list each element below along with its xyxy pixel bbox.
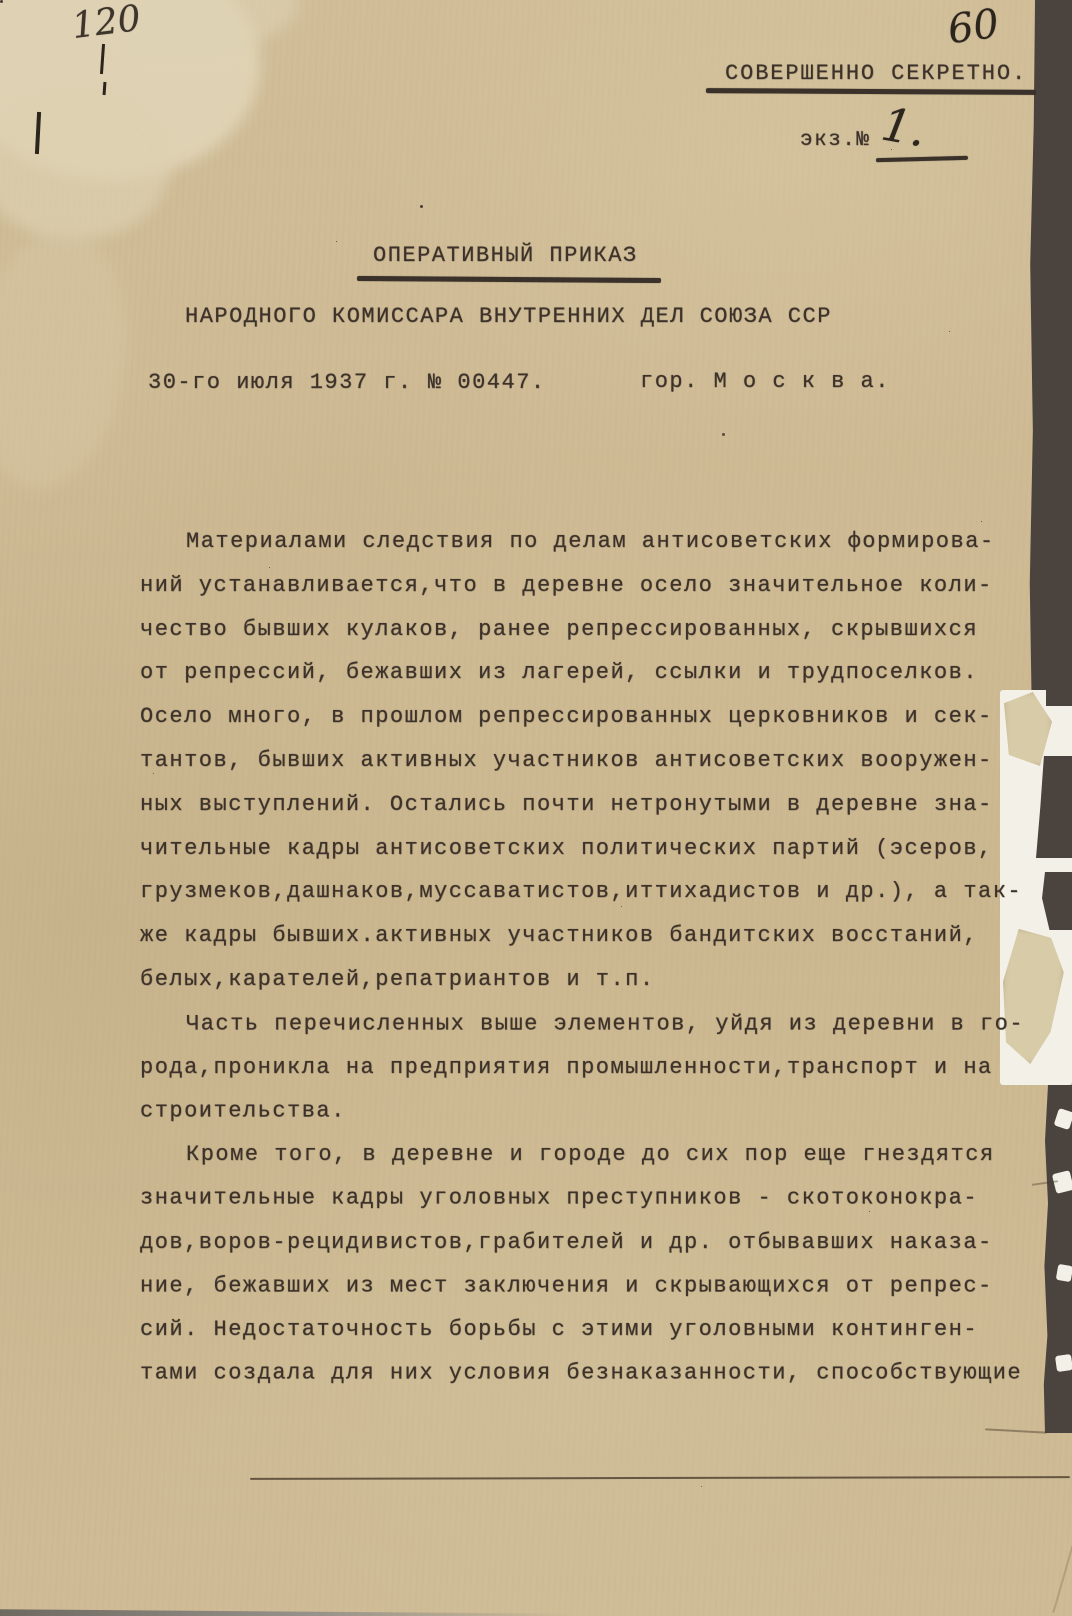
text-line: тами создала для них условия безнаказанн…: [140, 1352, 1050, 1396]
text-line: тантов, бывших активных участников антис…: [140, 739, 1050, 783]
order-city: гор. М о с к в а.: [640, 369, 890, 394]
order-subtitle: НАРОДНОГО КОМИССАРА ВНУТРЕННИХ ДЕЛ СОЮЗА…: [185, 304, 832, 329]
text-line: чительные кадры антисоветских политическ…: [140, 827, 1050, 871]
handwritten-copy-number: 1.: [878, 97, 931, 158]
text-line: ний устанавливается,что в деревне осело …: [140, 564, 1050, 608]
text-line: дов,воров-рецидивистов,грабителей и др. …: [140, 1221, 1050, 1265]
ink-specks: [0, 0, 3, 3]
text-line: ных выступлений. Остались почти нетронут…: [140, 783, 1050, 827]
text-line: ние, бежавших из мест заключения и скрыв…: [140, 1264, 1050, 1308]
paragraph: Кроме того, в деревне и городе до сих по…: [140, 1133, 1050, 1396]
text-line: белых,карателей,репатриантов и т.п.: [140, 958, 1050, 1002]
pencil-line: [250, 1476, 1070, 1480]
edge-notch: [1056, 1264, 1072, 1282]
text-line: чество бывших кулаков, ранее репрессиров…: [140, 608, 1050, 652]
paragraph: Материалами следствия по делам антисовет…: [140, 520, 1050, 1002]
text-line: грузмеков,дашнаков,муссаватистов,иттихад…: [140, 870, 1050, 914]
copy-number-underline: [876, 156, 968, 162]
text-line: от репрессий, бежавших из лагерей, ссылк…: [140, 651, 1050, 695]
text-line: значительные кадры уголовных преступнико…: [140, 1176, 1050, 1220]
document-scan: 120 60 СОВЕРШЕННО СЕКРЕТНО. экз.№ 1. ОПЕ…: [0, 0, 1072, 1616]
text-line: сий. Недостаточность борьбы с этими угол…: [140, 1308, 1050, 1352]
copy-number-label: экз.№: [800, 129, 871, 152]
order-date: 30-го июля 1937 г.: [148, 370, 413, 395]
paper-damage-streak: [0, 221, 142, 499]
text-line: строительства.: [140, 1090, 1050, 1134]
text-line: Материалами следствия по делам антисовет…: [140, 520, 1050, 564]
title-underline: [357, 276, 661, 283]
text-line: Часть перечисленных выше элементов, уйдя…: [140, 1002, 1050, 1046]
fold-line: [1052, 1545, 1072, 1613]
classification-stamp: СОВЕРШЕННО СЕКРЕТНО.: [725, 61, 1027, 86]
text-line: Осело много, в прошлом репрессированных …: [140, 695, 1050, 739]
edge-notch: [1055, 1354, 1072, 1372]
text-line: рода,проникла на предприятия промышленно…: [140, 1046, 1050, 1090]
text-line: же кадры бывших.активных участников банд…: [140, 914, 1050, 958]
paragraph: Часть перечисленных выше элементов, уйдя…: [140, 1002, 1050, 1133]
order-number: № 00447.: [428, 370, 546, 395]
body-text: Материалами следствия по делам антисовет…: [140, 520, 1050, 1396]
text-line: Кроме того, в деревне и городе до сих по…: [140, 1133, 1050, 1177]
order-title: ОПЕРАТИВНЫЙ ПРИКАЗ: [373, 243, 638, 268]
classification-underline: [706, 88, 1036, 95]
scan-edge-bottom-left: [0, 1607, 575, 1616]
handwritten-page-number: 60: [945, 1, 1002, 54]
pencil-dash: [985, 1428, 1047, 1433]
handwritten-top-left-mark: 120: [70, 0, 143, 47]
